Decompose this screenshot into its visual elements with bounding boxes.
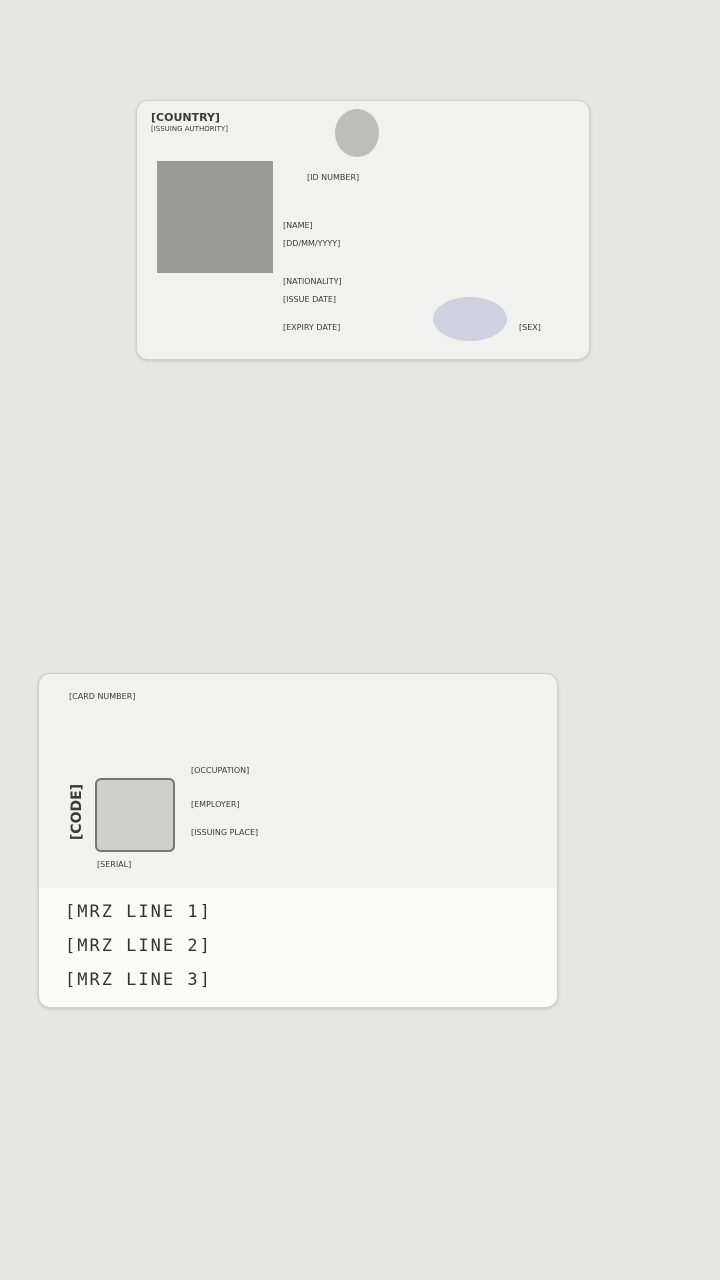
id-card-front: [COUNTRY] [ISSUING AUTHORITY] [ID NUMBER… [136,100,590,360]
id-card-back: [CARD NUMBER] [CODE] [SERIAL] [OCCUPATIO… [38,673,558,1008]
mrz-line-3: [MRZ LINE 3] [65,970,212,990]
expiry-date: [EXPIRY DATE] [283,323,340,332]
card-number: [CARD NUMBER] [69,692,135,701]
emblem-icon [335,109,379,157]
mrz-line-2: [MRZ LINE 2] [65,936,212,956]
issue-date: [ISSUE DATE] [283,295,336,304]
nationality-field: [NATIONALITY] [283,277,342,286]
chip-icon [95,778,175,852]
issuing-place: [ISSUING PLACE] [191,828,258,837]
side-label: [CODE] [69,784,85,840]
employer: [EMPLOYER] [191,800,240,809]
mrz-zone: [MRZ LINE 1] [MRZ LINE 2] [MRZ LINE 3] [39,888,557,1007]
holder-photo-placeholder [157,161,273,273]
dob-field: [DD/MM/YYYY] [283,239,340,248]
id-number: [ID NUMBER] [307,173,359,182]
card-header: [COUNTRY] [151,111,220,124]
sex-field: [SEX] [519,323,541,332]
serial: [SERIAL] [97,860,131,869]
card-subheader: [ISSUING AUTHORITY] [151,125,228,133]
mrz-line-1: [MRZ LINE 1] [65,902,212,922]
occupation: [OCCUPATION] [191,766,249,775]
name-field: [NAME] [283,221,313,230]
hologram [433,297,507,341]
